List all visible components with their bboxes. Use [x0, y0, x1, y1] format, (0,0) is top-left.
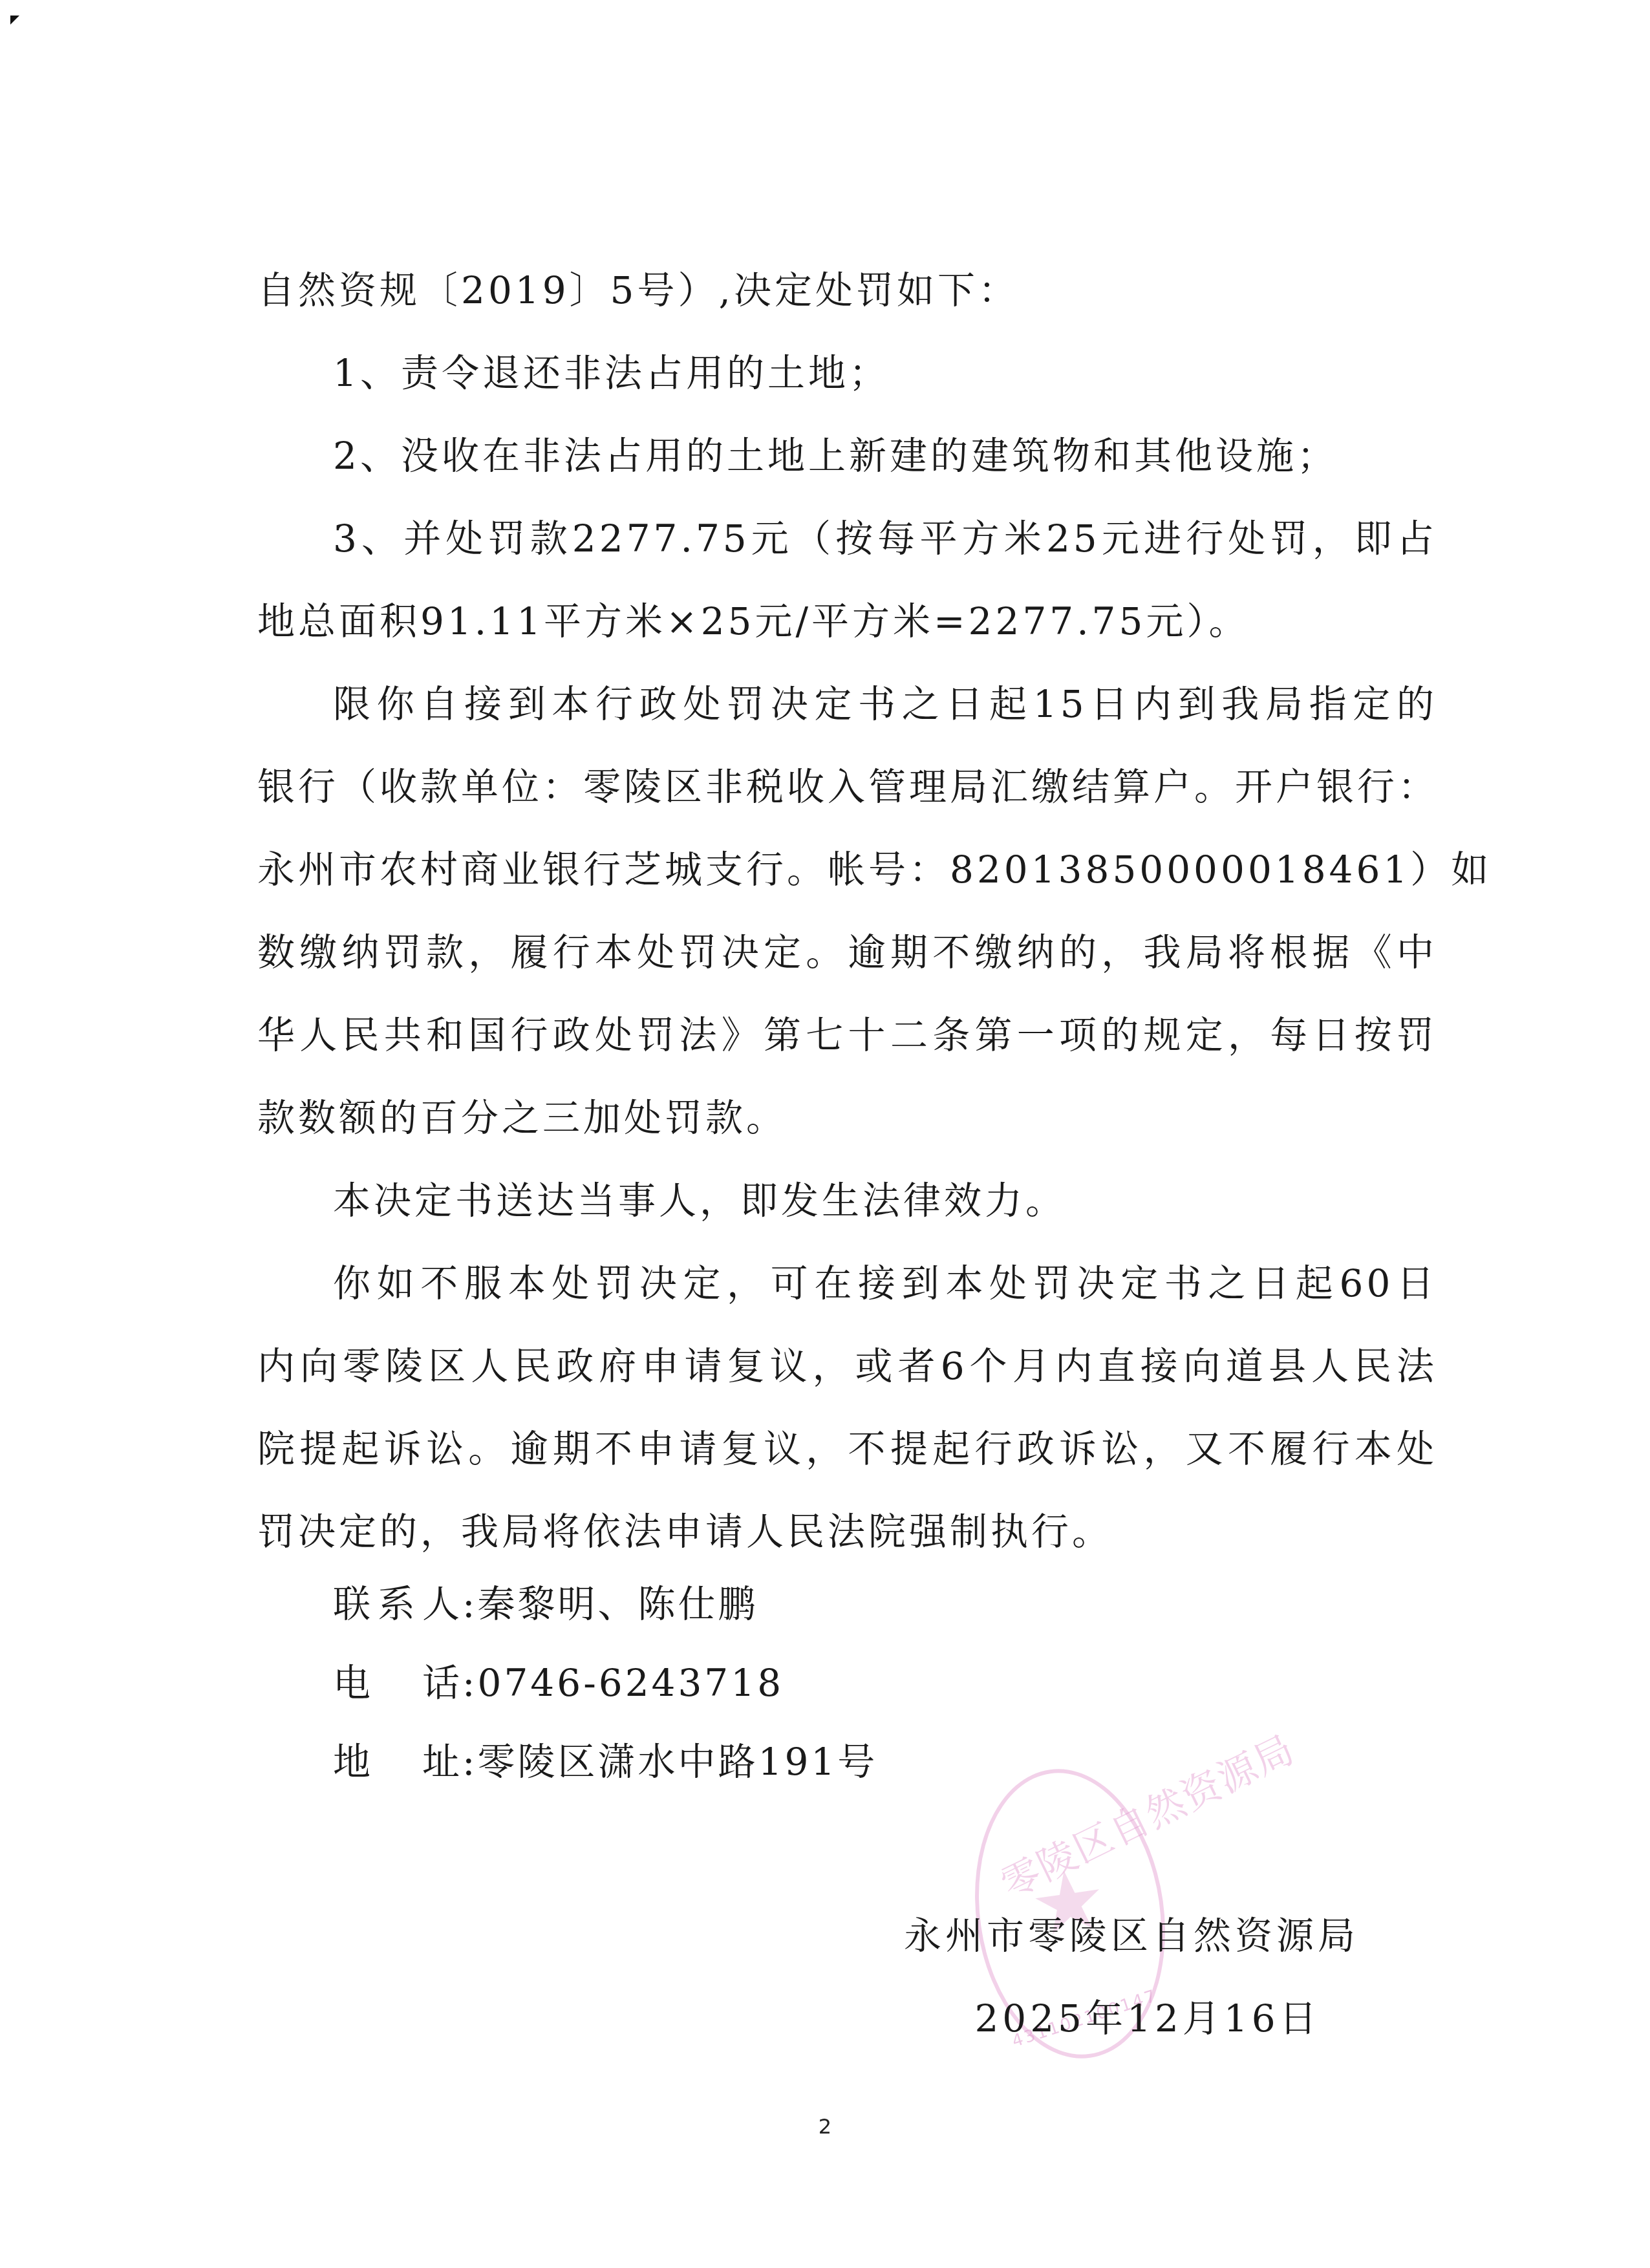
payment-paragraph-line: 银行（收款单位：零陵区非税收入管理局汇缴结算户。开户银行：	[257, 745, 1437, 828]
contact-phone-value: :0746-6243718	[462, 1661, 784, 1705]
effect-paragraph: 本决定书送达当事人，即发生法律效力。	[257, 1159, 1437, 1242]
payment-paragraph-line: 永州市农村商业银行芝城支行。帐号：82013850000018461）如	[257, 828, 1437, 911]
document-body: 自然资规〔2019〕5号）,决定处罚如下： 1、责令退还非法占用的土地； 2、没…	[257, 249, 1437, 1573]
contact-phone-row: 电话:0746-6243718	[333, 1643, 877, 1722]
penalty-item-1: 1、责令退还非法占用的土地；	[257, 332, 1437, 414]
penalty-item-3: 3、并处罚款2277.75元（按每平方米25元进行处罚，即占	[257, 497, 1437, 580]
appeal-paragraph-line: 内向零陵区人民政府申请复议，或者6个月内直接向道县人民法	[257, 1325, 1437, 1407]
appeal-paragraph-line: 罚决定的，我局将依法申请人民法院强制执行。	[257, 1490, 1437, 1573]
payment-paragraph-line: 数缴纳罚款，履行本处罚决定。逾期不缴纳的，我局将根据《中	[257, 911, 1437, 994]
issue-date: 2025年12月16日	[886, 1977, 1377, 2060]
payment-paragraph-line: 华人民共和国行政处罚法》第七十二条第一项的规定，每日按罚	[257, 994, 1437, 1076]
penalty-item-2: 2、没收在非法占用的土地上新建的建筑物和其他设施；	[257, 414, 1437, 497]
contact-address-row: 地址:零陵区潇水中路191号	[333, 1722, 877, 1801]
signature-block: 永州市零陵区自然资源局 2025年12月16日	[886, 1894, 1377, 2060]
contact-phone-label: 电话	[333, 1643, 462, 1722]
contact-address-label: 地址	[333, 1722, 462, 1801]
scan-corner-mark	[10, 16, 19, 25]
contact-address-value: :零陵区潇水中路191号	[462, 1740, 877, 1784]
appeal-paragraph-line: 院提起诉讼。逾期不申请复议，不提起行政诉讼，又不履行本处	[257, 1407, 1437, 1490]
contact-block: 联系人:秦黎明、陈仕鹏 电话:0746-6243718 地址:零陵区潇水中路19…	[333, 1565, 877, 1801]
page-number: 2	[0, 2114, 1650, 2139]
contact-person-row: 联系人:秦黎明、陈仕鹏	[333, 1565, 877, 1643]
appeal-paragraph-line: 你如不服本处罚决定，可在接到本处罚决定书之日起60日	[257, 1242, 1437, 1325]
contact-person-value: :秦黎明、陈仕鹏	[462, 1582, 758, 1626]
payment-paragraph-line: 款数额的百分之三加处罚款。	[257, 1076, 1437, 1159]
issuing-organization: 永州市零陵区自然资源局	[886, 1894, 1377, 1977]
contact-person-label: 联系人	[333, 1565, 462, 1643]
payment-paragraph-line: 限你自接到本行政处罚决定书之日起15日内到我局指定的	[257, 663, 1437, 745]
penalty-item-3-cont: 地总面积91.11平方米×25元/平方米=2277.75元）。	[257, 580, 1437, 663]
body-line: 自然资规〔2019〕5号）,决定处罚如下：	[257, 249, 1437, 332]
